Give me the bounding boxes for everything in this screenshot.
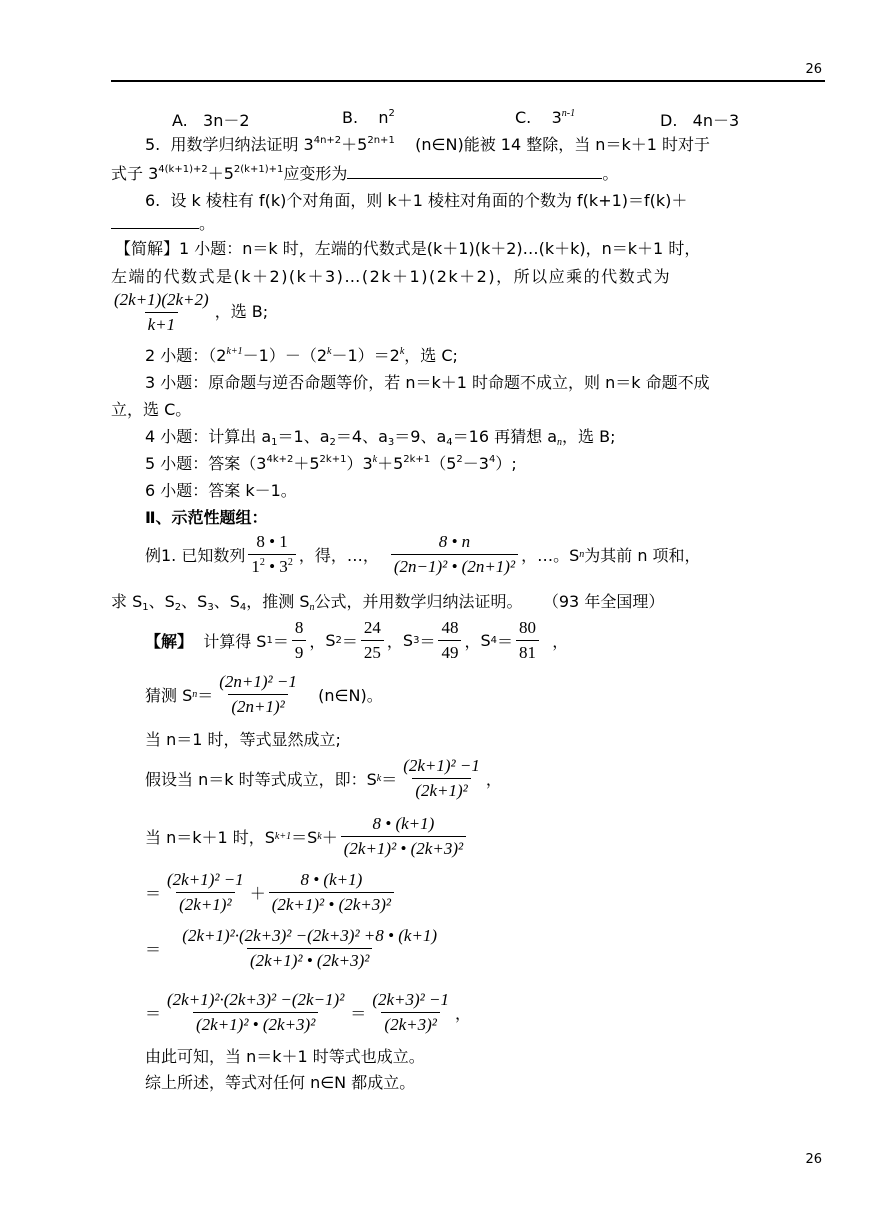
choice-value: 4n－3 [693,111,740,130]
denominator: 9 [292,640,307,663]
exponent: 4n+2 [314,135,341,146]
text: 公式，并用数学归纳法证明。 [315,592,523,611]
text: ＋ [250,881,266,904]
answer-blank [111,212,199,229]
text: （5 [430,454,456,473]
text: 6 小题：答案 k－1。 [145,481,297,500]
numerator: 80 [516,618,539,640]
exponent: 2n+1 [367,135,394,146]
choice-label: C. [515,108,531,127]
fraction: 8 • 1 12 • 32 [248,532,295,577]
fraction: 8081 [516,618,539,663]
text: ， [387,629,403,652]
text: 立，选 C。 [111,400,191,419]
text: ， [552,629,568,652]
text: ＝S [291,825,317,848]
choice-value: 3 [552,108,562,127]
choice-sup: 2 [389,108,395,119]
numerator: (2k+1)²·(2k+3)² −(2k+3)² +8 • (k+1) [179,926,440,948]
text: ，选 B; [215,302,268,321]
fraction: 8 • n (2n−1)² • (2n+1)² [391,532,518,577]
numerator: 8 • (k+1) [370,814,438,836]
text: ）3 [346,454,372,473]
brief-solution-4: 4 小题：计算出 a1＝1、a2＝4、a3＝9、a4＝16 再猜想 an，选 B… [145,426,825,448]
denominator: 81 [516,640,539,663]
fraction: (2n+1)² −1(2n+1)² [216,672,300,717]
brief-solution-3-line2: 立，选 C。 [111,399,825,421]
text: ，…。S [521,543,579,566]
denominator: (2n−1)² • (2n+1)² [391,554,518,577]
text: ，得，…， [299,543,379,566]
choice-label: D. [660,111,677,130]
denominator: (2k+1)² [412,778,470,801]
fraction: (2k+1)(2k+2) k+1 [111,290,212,335]
text: ， [455,1001,471,1024]
solution-eq1: ＝ (2k+1)² −1(2k+1)² ＋ 8 • (k+1)(2k+1)² •… [145,870,397,915]
solution-step: 当 n＝k＋1 时，Sk+1＝Sk＋ 8 • (k+1)(2k+1)² • (2… [145,814,469,859]
solution-conclusion-2: 综上所述，等式对任何 n∈N 都成立。 [145,1072,825,1094]
exponent: 2(k+1)+1 [234,164,283,175]
text: ＝ [350,1001,366,1024]
denominator: k+1 [145,312,179,335]
text: ＝ [145,881,161,904]
text: 1 [251,557,260,576]
text: ＝ [342,629,358,652]
text: 用数学归纳法证明 3 [170,135,313,154]
answer-blank [347,162,602,179]
text: 求 S [111,592,142,611]
text: －1）＝2 [331,346,399,365]
solution-eq2: ＝ (2k+1)²·(2k+3)² −(2k+3)² +8 • (k+1)(2k… [145,926,443,971]
numerator: 48 [438,618,461,640]
text: • 3 [265,557,288,576]
choice-c: C. 3n-1 [515,108,575,127]
source-note: （93 年全国理） [543,592,664,611]
numerator: 8 • n [436,532,473,554]
text: 例1. 已知数列 [145,543,245,566]
denominator: (2k+1)² • (2k+3)² [341,836,466,859]
solution-base-case: 当 n＝1 时，等式显然成立; [145,729,825,751]
solution-conclusion-1: 由此可知，当 n＝k＋1 时等式也成立。 [145,1046,825,1068]
text: ＝ [381,767,397,790]
fraction: 8 • (k+1)(2k+1)² • (2k+3)² [269,870,394,915]
text: －1）－（2 [243,346,327,365]
text: ＝4、a [336,427,388,446]
text: 1 小题：n＝k 时，左端的代数式是(k＋1)(k＋2)…(k＋k)，n＝k＋1… [179,239,700,258]
text: 为其前 n 项和， [584,543,700,566]
exponent: 2 [288,557,293,568]
text: 2 小题：（2 [145,346,226,365]
text: ＝ [197,683,213,706]
question-5-line2: 式子 34(k+1)+2＋52(k+1)+1应变形为。 [111,162,825,185]
text: 由此可知，当 n＝k＋1 时等式也成立。 [145,1047,425,1066]
text: ， [309,629,325,652]
denominator: 49 [438,640,461,663]
question-6-line2: 。 [111,212,825,235]
text: 、S [214,592,240,611]
section-2-heading: Ⅱ、示范性题组： [145,507,825,529]
numerator: (2k+1)²·(2k+3)² −(2k−1)² [164,990,347,1012]
fraction: (2k+3)² −1(2k+3)² [369,990,452,1035]
denominator: (2k+3)² [381,1012,439,1035]
text: 4 小题：计算出 a [145,427,271,446]
text: ＋ [322,825,338,848]
denominator: (2k+1)² • (2k+3)² [247,948,372,971]
choice-d: D. 4n－3 [660,108,739,131]
question-number: 6. [145,191,160,210]
section-heading: 【简解】 [115,239,179,258]
brief-solution-5: 5 小题：答案（34k+2＋52k+1）3k＋52k+1（52－34）; [145,453,825,475]
exponent: 4(k+1)+2 [158,164,207,175]
choice-value: n [378,108,388,127]
numerator: (2k+1)(2k+2) [111,290,212,312]
text: (n∈N)能被 14 整除，当 n＝k＋1 时对于 [415,135,710,154]
text: 假设当 n＝k 时等式成立，即：S [145,767,377,790]
header-rule [111,80,825,82]
text: ＋5 [293,454,319,473]
numerator: 8 • (k+1) [297,870,365,892]
choice-sup: n-1 [562,108,575,119]
text: 。 [602,164,618,183]
fraction: (2k+1)²·(2k+3)² −(2k−1)²(2k+1)² • (2k+3)… [164,990,347,1035]
numerator: (2n+1)² −1 [216,672,300,694]
numerator: 8 [292,618,307,640]
text: 猜测 S [145,683,192,706]
question-5-line1: 5. 用数学归纳法证明 34n+2＋52n+1 (n∈N)能被 14 整除，当 … [145,134,825,156]
solution-hypothesis: 假设当 n＝k 时等式成立，即：Sk＝ (2k+1)² −1(2k+1)²， [145,756,502,801]
text: ，选 B; [562,427,615,446]
numerator: (2k+1)² −1 [400,756,483,778]
text: 、S [181,592,207,611]
text: ＝ [419,629,435,652]
text: 式子 3 [111,164,158,183]
text: 。 [199,214,215,233]
question-number: 5. [145,135,160,154]
exponent: 4k+2 [266,454,293,465]
text: (n∈N)。 [318,683,383,706]
text: ＋5 [208,164,234,183]
exponent: k+1 [226,346,242,357]
text: 当 n＝1 时，等式显然成立; [145,730,341,749]
text: ＋5 [341,135,367,154]
denominator: (2n+1)² [228,694,287,717]
solution-eq3: ＝ (2k+1)²·(2k+3)² −(2k−1)²(2k+1)² • (2k+… [145,990,471,1035]
text: 左端的代数式是(k＋2)(k＋3)…(2k＋1)(2k＋2)，所以应乘的代数式为 [111,267,671,286]
choice-value: 3n－2 [203,111,250,130]
choice-b: B. n2 [342,108,395,127]
denominator: 12 • 32 [248,554,295,577]
brief-solution-3-line1: 3 小题：原命题与逆否命题等价，若 n＝k＋1 时命题不成立，则 n＝k 命题不… [145,372,825,394]
denominator: (2k+1)² • (2k+3)² [193,1012,318,1035]
text: 、S [149,592,175,611]
fraction: 4849 [438,618,461,663]
page-number-bottom: 26 [805,1152,822,1167]
example-1-line1: 例1. 已知数列 8 • 1 12 • 32 ，得，…， 8 • n (2n−1… [145,532,701,577]
text: ）; [495,454,516,473]
text: ＝ [145,1001,161,1024]
text: ＝9、a [394,427,446,446]
fraction: (2k+1)²·(2k+3)² −(2k+3)² +8 • (k+1)(2k+1… [179,926,440,971]
text: ， [486,767,502,790]
denominator: 25 [361,640,384,663]
text: 3 小题：原命题与逆否命题等价，若 n＝k＋1 时命题不成立，则 n＝k 命题不… [145,373,710,392]
text: ＝1、a [278,427,330,446]
solution-guess-line: 猜测 Sn＝ (2n+1)² −1(2n+1)² (n∈N)。 [145,672,383,717]
text: ＝ [273,629,289,652]
numerator: 8 • 1 [253,532,290,554]
fraction: 2425 [361,618,384,663]
choice-label: A. [172,111,188,130]
text: 当 n＝k＋1 时，S [145,825,275,848]
section-heading: 【解】 [145,629,193,652]
text: ＋5 [377,454,403,473]
section-heading: Ⅱ、示范性题组： [145,508,268,527]
brief-solution-2: 2 小题：（2k+1－1）－（2k－1）＝2k，选 C; [145,345,825,367]
text: 综上所述，等式对任何 n∈N 都成立。 [145,1073,415,1092]
text: ，选 C; [404,346,458,365]
text: 5 小题：答案（3 [145,454,266,473]
fraction: (2k+1)² −1(2k+1)² [164,870,247,915]
text: －3 [463,454,489,473]
denominator: (2k+1)² • (2k+3)² [269,892,394,915]
brief-solution-line1: 【简解】1 小题：n＝k 时，左端的代数式是(k＋1)(k＋2)…(k＋k)，n… [115,238,829,260]
numerator: 24 [361,618,384,640]
choice-a: A. 3n－2 [172,108,250,131]
text: 应变形为 [283,164,347,183]
solution-values-line: 【解】 计算得 S1＝ 89， S2＝ 2425， S3＝ 4849， S4＝ … [145,618,568,663]
question-6-line1: 6. 设 k 棱柱有 f(k)个对角面，则 k＋1 棱柱对角面的个数为 f(k+… [145,190,825,212]
text: ， [464,629,480,652]
text: 计算得 S [203,629,266,652]
exponent: 2k+1 [320,454,347,465]
brief-solution-line2: 左端的代数式是(k＋2)(k＋3)…(2k＋1)(2k＋2)，所以应乘的代数式为 [111,266,825,288]
text: ＝ [145,937,161,960]
fraction: 8 • (k+1)(2k+1)² • (2k+3)² [341,814,466,859]
numerator: (2k+3)² −1 [369,990,452,1012]
numerator: (2k+1)² −1 [164,870,247,892]
text: ＝ [497,629,513,652]
brief-solution-6: 6 小题：答案 k－1。 [145,480,825,502]
brief-solution-fraction: (2k+1)(2k+2) k+1 ，选 B; [111,290,825,335]
text: ＝16 再猜想 a [453,427,557,446]
denominator: (2k+1)² [176,892,234,915]
fraction: (2k+1)² −1(2k+1)² [400,756,483,801]
choice-label: B. [342,108,358,127]
text: ，推测 S [246,592,309,611]
fraction: 89 [292,618,307,663]
page-number-top: 26 [805,62,822,77]
example-1-line2: 求 S1、S2、S3、S4，推测 Sn公式，并用数学归纳法证明。 （93 年全国… [111,591,825,613]
text: 设 k 棱柱有 f(k)个对角面，则 k＋1 棱柱对角面的个数为 f(k+1)＝… [170,191,687,210]
exponent: 2k+1 [403,454,430,465]
